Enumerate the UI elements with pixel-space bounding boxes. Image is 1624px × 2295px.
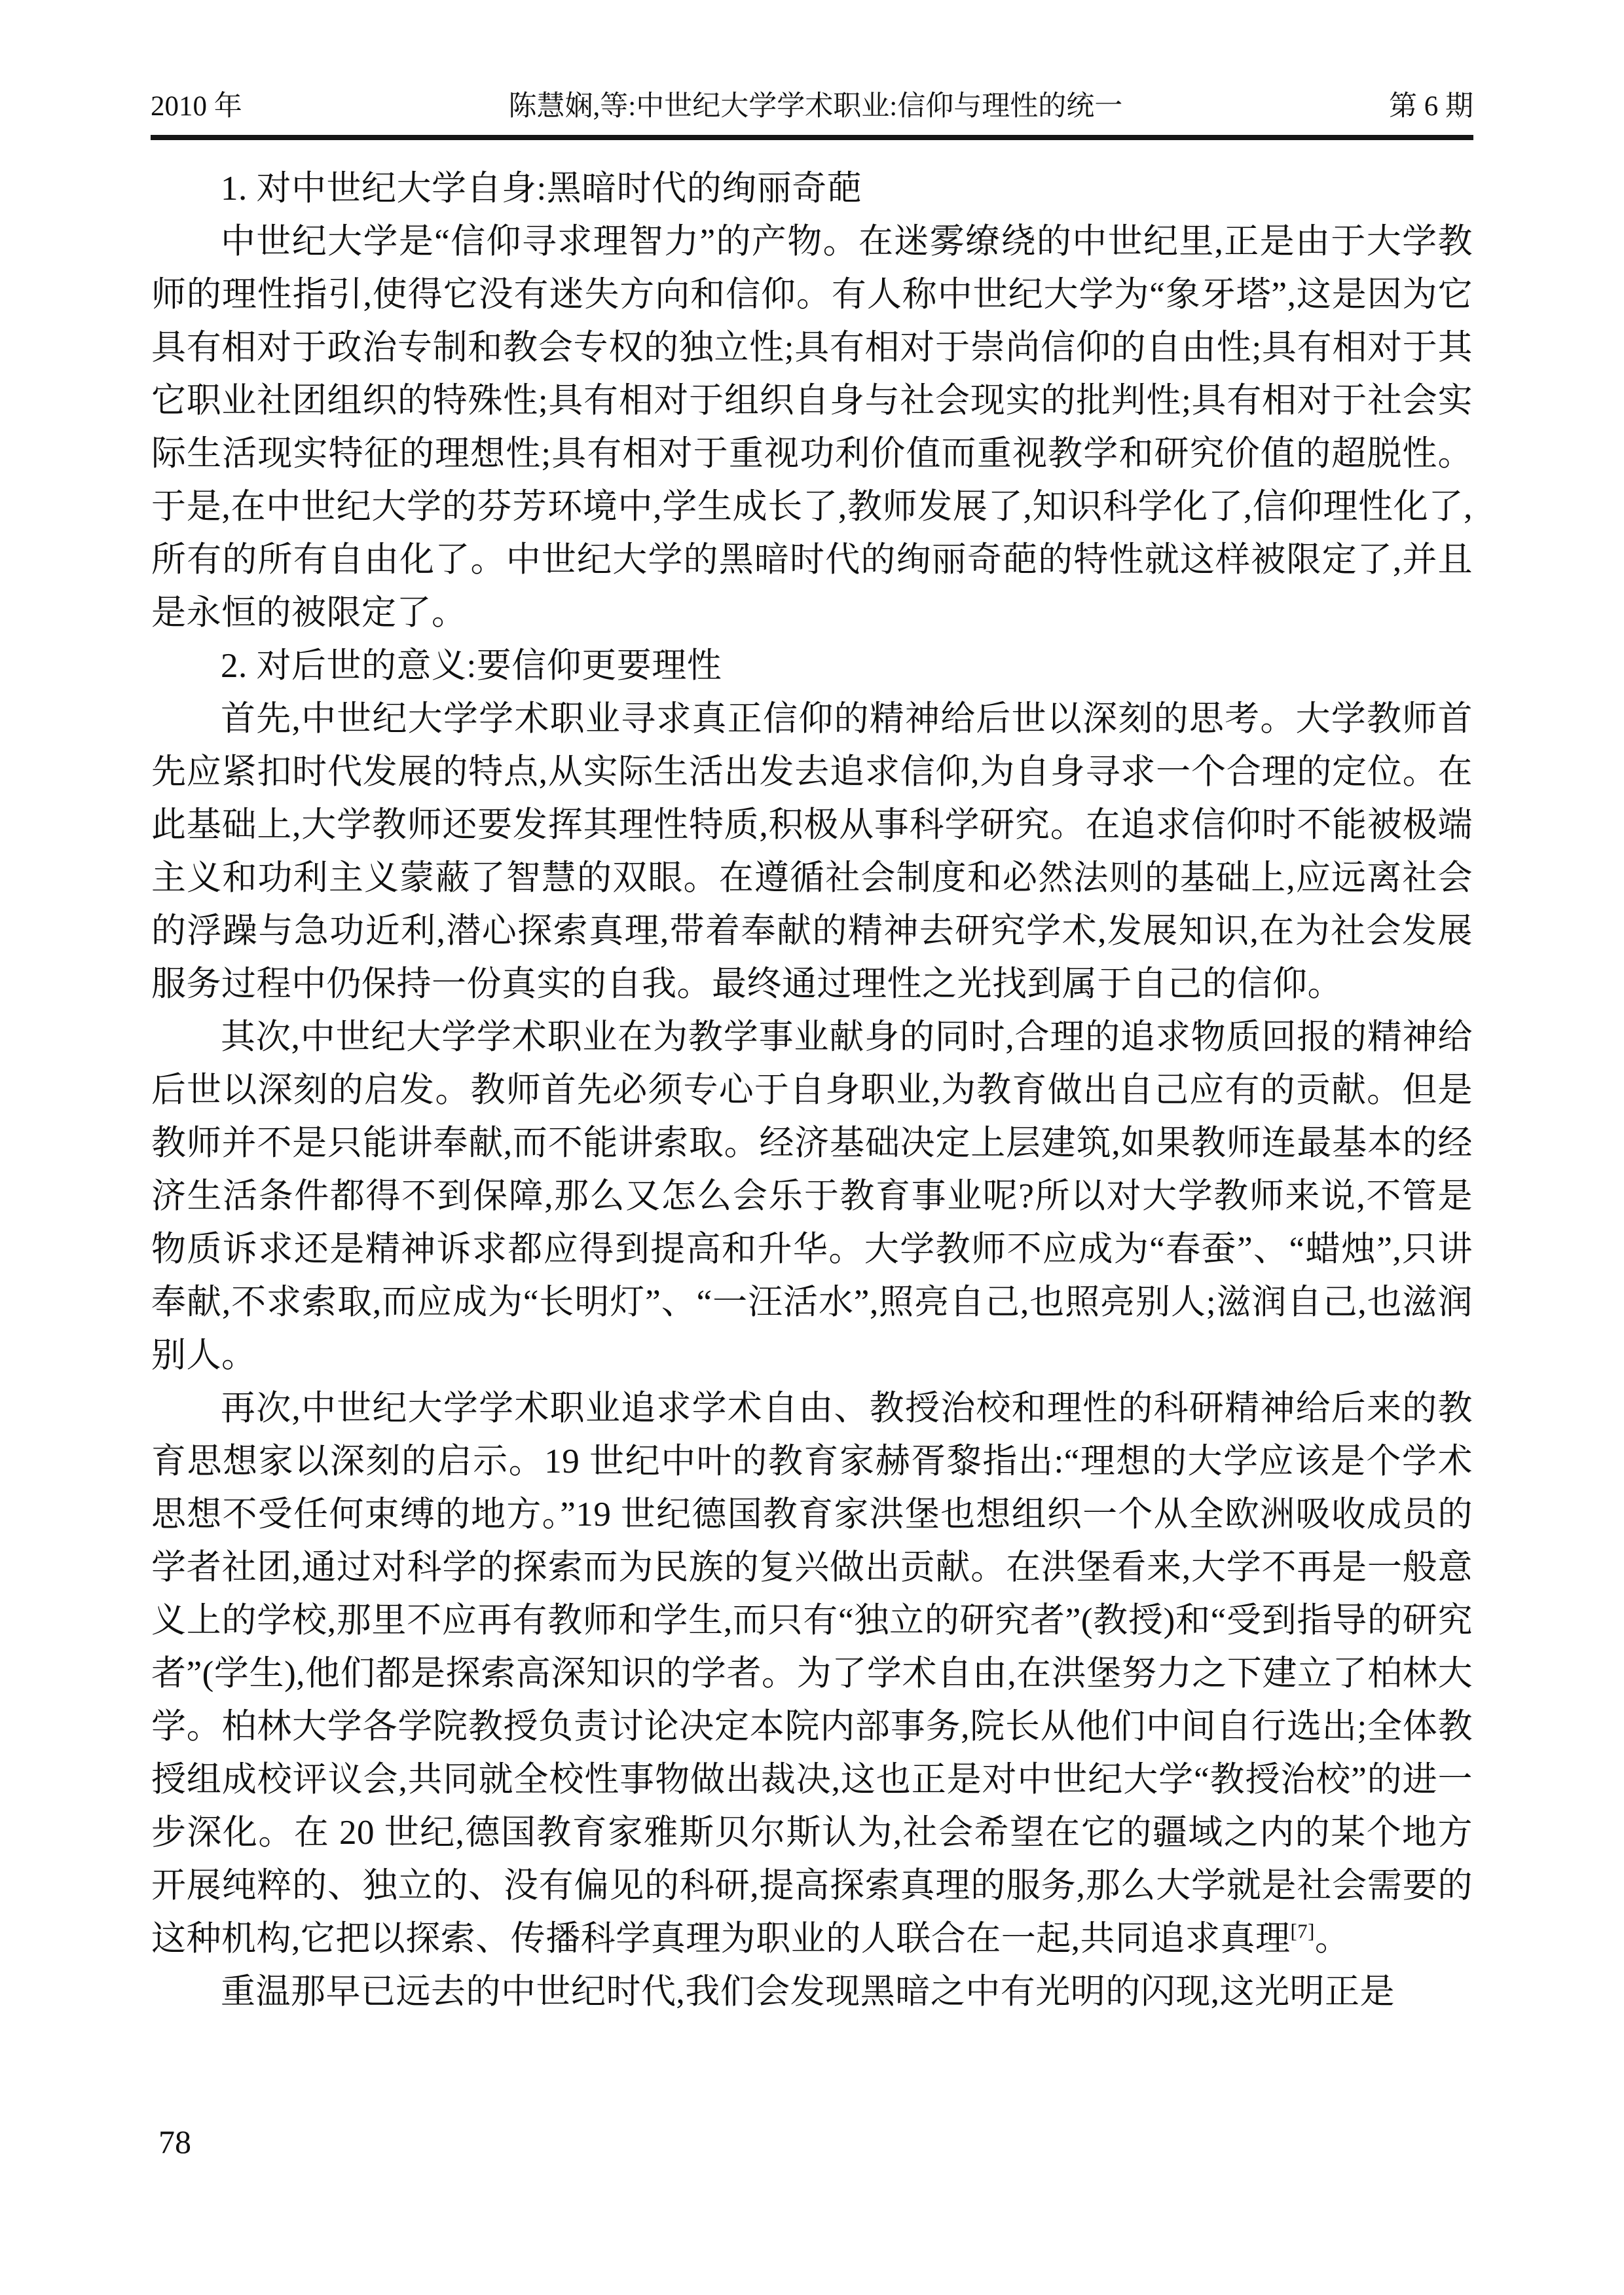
paragraph-secondly: 其次,中世纪大学学术职业在为教学事业献身的同时,合理的追求物质回报的精神给后世以… — [151, 1011, 1473, 1382]
header-divider-rule — [151, 135, 1473, 140]
article-body: 1. 对中世纪大学自身:黑暗时代的绚丽奇葩 中世纪大学是“信仰寻求理智力”的产物… — [151, 162, 1473, 2019]
paragraph-closing: 重温那早已远去的中世纪时代,我们会发现黑暗之中有光明的闪现,这光明正是 — [151, 1966, 1473, 2019]
header-running-title: 陈慧娴,等:中世纪大学学术职业:信仰与理性的统一 — [242, 84, 1389, 124]
header-issue: 第 6 期 — [1389, 84, 1473, 124]
paragraph-thirdly-text: 再次,中世纪大学学术职业追求学术自由、教授治校和理性的科研精神给后来的教育思想家… — [151, 1389, 1473, 1958]
paragraph-firstly: 首先,中世纪大学学术职业寻求真正信仰的精神给后世以深刻的思考。大学教师首先应紧扣… — [151, 693, 1473, 1011]
paragraph-thirdly-tail: 。 — [1315, 1920, 1350, 1958]
page-number: 78 — [158, 2123, 191, 2161]
paragraph-thirdly: 再次,中世纪大学学术职业追求学术自由、教授治校和理性的科研精神给后来的教育思想家… — [151, 1382, 1473, 1966]
section-heading-1: 1. 对中世纪大学自身:黑暗时代的绚丽奇葩 — [151, 162, 1473, 215]
reference-marker-7: [7] — [1291, 1920, 1315, 1942]
page-header: 2010 年 陈慧娴,等:中世纪大学学术职业:信仰与理性的统一 第 6 期 — [151, 85, 1473, 122]
paragraph-medieval-university: 中世纪大学是“信仰寻求理智力”的产物。在迷雾缭绕的中世纪里,正是由于大学教师的理… — [151, 215, 1473, 640]
section-heading-2: 2. 对后世的意义:要信仰更要理性 — [151, 640, 1473, 693]
header-year: 2010 年 — [151, 84, 242, 124]
paper-page: 2010 年 陈慧娴,等:中世纪大学学术职业:信仰与理性的统一 第 6 期 1.… — [0, 0, 1624, 2295]
